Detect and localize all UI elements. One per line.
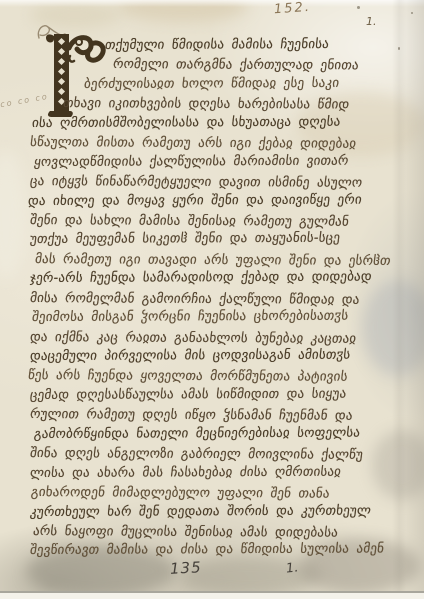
manuscript-line: გამობრწყინდა ნათელი მეცნიერებისაჲ სოფელს… — [33, 423, 397, 444]
manuscript-line: ყოვლადწმიდისა ქალწულისა მარიამისი ვითარ — [33, 151, 397, 172]
manuscript-scan: 152. 1. co co co — [0, 0, 424, 599]
ink-speck — [411, 12, 413, 14]
manuscript-line: ბერძულისაჲთ ხოლო წმიდაჲ ესე საკი — [83, 74, 397, 95]
manuscript-line: შევწირავთ მამისა და ძისა და წმიდისა სული… — [29, 540, 397, 561]
scan-edge-line — [0, 591, 424, 599]
manuscript-line: უთქუა მეუფემან სიკეთჱ შენი და თაყუანის-ს… — [29, 229, 397, 250]
page-number-bottom: 135 — [170, 558, 203, 578]
manuscript-line: ჯერ-არს ჩუენდა სამარადისოდ ქებად და დიდე… — [29, 268, 397, 289]
manuscript-text-block: თქუმული წმიდისა მამისა ჩუენისა რომელი თა… — [30, 36, 396, 561]
manuscript-line: თქუმული წმიდისა მამისა ჩუენისა — [104, 35, 397, 56]
manuscript-line: ლისა და ახარა მას ჩასახებაჲ ძისა ღმრთისა… — [29, 462, 397, 483]
corner-mark-bottom: 1. — [285, 560, 299, 576]
page-edge-highlight — [0, 0, 424, 7]
corner-mark-top-right: 1. — [366, 15, 377, 28]
manuscript-line: ისა ღმრთისმშობელისასა და სხუათაცა დღესა — [31, 112, 397, 133]
manuscript-page: 152. 1. co co co — [0, 0, 424, 591]
manuscript-line: კურთხეულ ხარ შენ დედათა შორის და კურთხეუ… — [29, 501, 397, 522]
folio-number-top: 152. — [274, 0, 312, 17]
manuscript-line: და იხილე და მოყავ ყური შენი და დაივიწყე … — [27, 190, 397, 211]
manuscript-line: ცემად დღესასწაულსა ამას სიწმიდით და სიყუ… — [29, 384, 397, 405]
manuscript-line: დაცემული პირველისა მის ცოდვისაგან ამისთჳ… — [29, 345, 397, 366]
manuscript-line: შეიმოსა მისგან ჴორცნი ჩუენისა ცხორებისათ… — [31, 307, 397, 328]
ink-speck — [357, 6, 360, 9]
ink-speck — [398, 47, 400, 50]
stain — [0, 150, 26, 280]
